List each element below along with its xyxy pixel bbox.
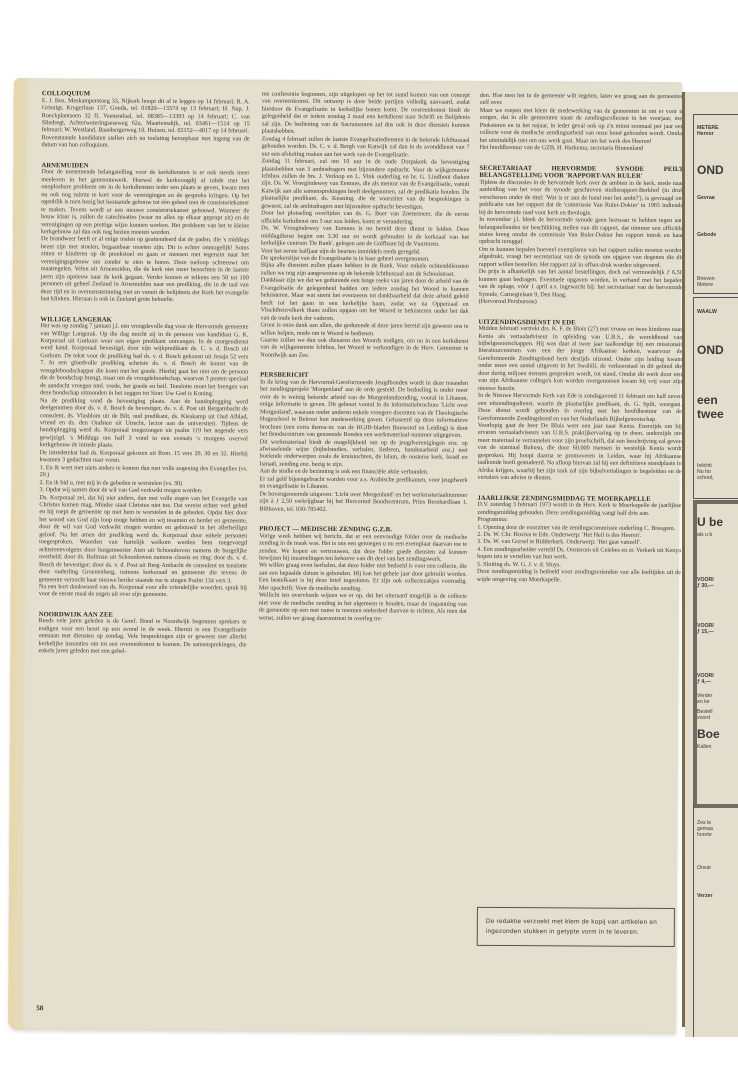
article-paragraph: E. J. Bos, Meskamperstoeg 33, Nijkerk ho…	[42, 98, 250, 137]
article-paragraph: Het was op zondag 7 januari j.l. een vre…	[40, 323, 248, 399]
article-section: PERSBERICHTIn de kring van de Hervormd-G…	[259, 372, 468, 515]
article-section: me conferentie begonnen, zijn uitgelopen…	[260, 92, 470, 362]
article-paragraph: D.V. zaterdag 3 februari 1973 wordt in d…	[477, 502, 681, 518]
article-paragraph: Bovenstaande kandidaten stellen zich na …	[42, 135, 250, 151]
article-section: PROJECT — MEDISCHE ZENDING G.Z.B.Vorige …	[259, 526, 468, 624]
next-page-fragment: hoorte	[697, 832, 712, 838]
article-paragraph: Na een kort dankwoord van ds. Korporaal …	[39, 584, 247, 600]
editorial-notice-box: De redaktie verzoekt met klem de kopij v…	[477, 907, 675, 947]
magazine-page: COLLOQUIUME. J. Bos, Meskamperstoeg 33, …	[8, 78, 682, 1034]
article-paragraph: Maar we roepen met klem de medewerking v…	[480, 108, 684, 147]
next-page-fragment: Onvar	[697, 865, 711, 871]
next-page-fragment: WAALW	[697, 309, 717, 315]
next-page-fragment: Gebode	[697, 232, 716, 238]
article-paragraph: Groot is onze dank aan allen, die gedure…	[260, 323, 468, 339]
next-page-fragment: U be	[697, 516, 723, 529]
next-page-fragment: Metere	[697, 282, 713, 288]
next-page-fragment: een	[697, 394, 718, 407]
next-page-fragment: als u b	[697, 532, 712, 538]
article-paragraph: Bijna alle diensten zullen plaats hebben…	[261, 263, 469, 279]
next-page-fragment: OND	[697, 344, 724, 357]
article-section: ARNEMUIDENDoor de toenemende belangstell…	[41, 162, 250, 305]
article-paragraph: 1. En ik weet met niets anders te komen …	[40, 465, 248, 481]
column-3: den. Hoe men het in de gemeente wilt reg…	[477, 93, 684, 597]
article-paragraph: In november j.l. bleek de hervormde syno…	[479, 217, 683, 248]
next-page-fragment: voord	[697, 715, 710, 721]
article-paragraph: me conferentie begonnen, zijn uitgelopen…	[262, 92, 470, 138]
article-paragraph: Deze zendingsmiddag is bedoeld voor zend…	[477, 569, 681, 585]
next-page-fragment: OND	[697, 164, 724, 177]
article-section: WILLIGE LANGERAKHet was op zondag 7 janu…	[39, 316, 249, 601]
article-paragraph: De brandweer heeft er al enige malen op …	[41, 237, 249, 305]
next-page-fragment: ƒ 30,—	[697, 583, 714, 589]
next-page-ad-box-1	[693, 114, 738, 294]
article-paragraph: Om te kunnen bepalen hoeveel exemplaren …	[479, 247, 683, 271]
article-paragraph: Dit werkmateriaal biedt de mogelijkheid …	[260, 439, 468, 470]
column-1: COLLOQUIUME. J. Bos, Meskamperstoeg 33, …	[38, 90, 250, 669]
article-paragraph: Gaarne zullen we dan ook dienaren des Wo…	[260, 337, 468, 361]
article-section: COLLOQUIUME. J. Bos, Meskamperstoeg 33, …	[42, 90, 250, 151]
next-page-ad-box-4	[693, 804, 738, 1037]
next-page-fragment: Hervor	[697, 131, 714, 137]
article-paragraph: Zondag 11 februari, zal om 10 uur in de …	[261, 159, 469, 212]
article-paragraph: De bovengenoemde uitgaven: 'Licht over M…	[259, 491, 467, 515]
article-paragraph: Door het plotseling overlijden van ds. G…	[261, 211, 469, 227]
article-paragraph: Zondag 4 februari zullen de laatste Evan…	[262, 136, 470, 160]
article-paragraph: Ds. Korporaal zei, dat hij niet anders, …	[39, 495, 248, 586]
column-2: me conferentie begonnen, zijn uitgelopen…	[259, 92, 470, 636]
article-paragraph: Midden februari vertrekt drs. K. F. de B…	[478, 326, 682, 394]
article-paragraph: Dankbaar zijn we dat we gedurende een la…	[261, 278, 469, 324]
article-paragraph: Wellicht ten overvloede wijzen we er op,…	[259, 593, 467, 624]
article-paragraph: Vorige week hebben wij bericht, dat er e…	[259, 533, 467, 564]
article-section: den. Hoe men het in de gemeente wilt reg…	[480, 93, 684, 154]
article-paragraph: Tijdens de discussies in de hervormde ke…	[479, 180, 683, 219]
next-page-fragment: Gevraa	[697, 195, 715, 201]
next-page-fragment: ƒ 15,—	[697, 629, 714, 635]
article-section: SECRETARIAAT HERVORMDE SYNODE PEILT BELA…	[479, 164, 684, 307]
article-paragraph: Het hoofdbestuur van de GZB, H. Harkema,…	[480, 145, 684, 154]
next-page-fragment: Boe	[697, 728, 720, 741]
article-section: JAARLIJKSE ZENDINGSMIDDAG TE MOERKAPELLE…	[477, 494, 682, 585]
article-paragraph: Voorlopig gaat de heer De Blois weer een…	[478, 423, 682, 484]
article-section: UITZENDINGSDIENST IN EDEMidden februari …	[478, 318, 683, 483]
article-paragraph: 4. Een zendingsarbeider verteltl Ds. Oos…	[477, 547, 681, 563]
next-page-fragment: twee	[697, 408, 724, 421]
next-page-edge: METERE Hervor OND Gevraa Gebode Brieven …	[685, 92, 738, 1037]
next-page-fragment: en ke	[697, 699, 710, 705]
article-paragraph: den. Hoe men het in de gemeente wilt reg…	[480, 93, 684, 109]
next-page-fragment: Verzer	[697, 893, 713, 899]
article-paragraph: Door de toenemende belangstelling voor d…	[41, 170, 249, 238]
article-paragraph: In de Nieuwe Hervormde Kerk van Ede is z…	[478, 393, 682, 424]
page-number: 58	[36, 1004, 43, 1012]
article-paragraph: (Hervormd Persbureau)	[479, 299, 683, 308]
next-page-fragment: ƒ 4,—	[697, 679, 711, 685]
article-section: NOORDWIJK AAN ZEEReeds vele jaren gelede…	[38, 611, 246, 657]
article-heading: SECRETARIAAT HERVORMDE SYNODE PEILT BELA…	[479, 164, 683, 180]
article-paragraph: In de kring van de Hervormd-Gereformeerd…	[260, 379, 468, 440]
next-page-fragment: school,	[697, 475, 713, 481]
article-paragraph: De prijs is afhankelijk van het aantal b…	[479, 269, 683, 300]
article-paragraph: Er zal geld bijeengebracht worden voor a…	[259, 476, 467, 492]
article-paragraph: Reeds vele jaren geleden is de Geref. Bo…	[38, 619, 246, 658]
article-paragraph: Ds. W. Vroegindewey van Eemnes is nu ber…	[261, 226, 469, 250]
article-paragraph: De intredetekst had ds. Korporaal gekoze…	[40, 450, 248, 466]
article-paragraph: We willen graag even herhalen, dat deze …	[259, 563, 467, 594]
article-paragraph: Na de prediking vond de bevestiging plaa…	[40, 398, 248, 451]
next-page-ad-box-3	[693, 500, 738, 808]
next-page-fragment: Kallen	[697, 744, 711, 750]
